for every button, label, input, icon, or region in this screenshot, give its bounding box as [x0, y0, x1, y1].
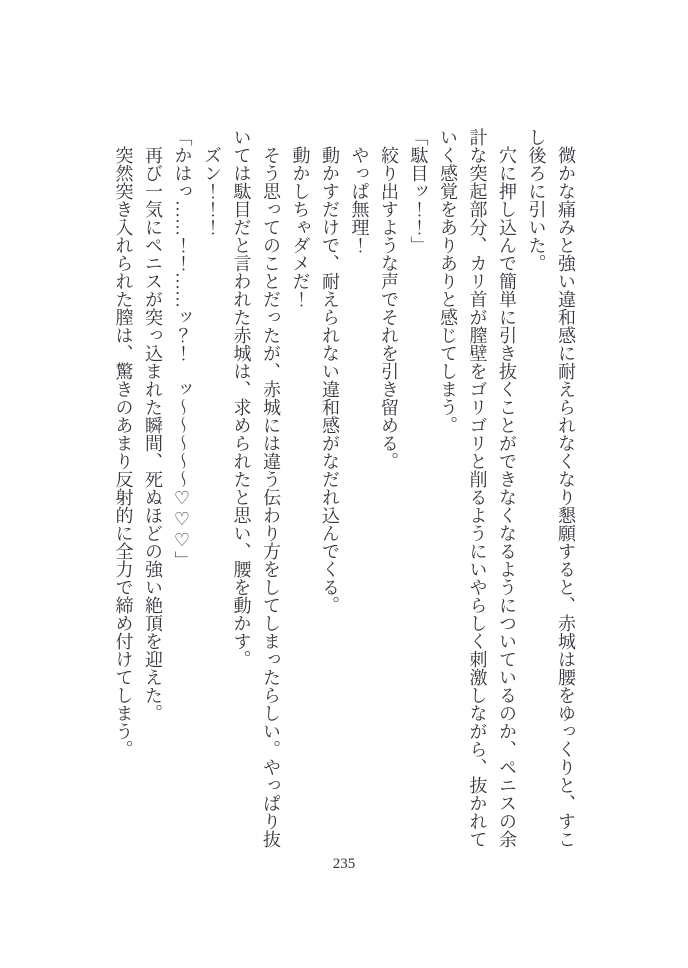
text-line: 絞り出すような声でそれを引き留める。	[374, 128, 404, 858]
text-line: いく感覚をありありと感じてしまう。	[433, 128, 463, 858]
text-line: 動かすだけで、耐えられない違和感がなだれ込んでくる。	[315, 128, 345, 858]
text-line: やっぱ無理！	[344, 128, 374, 858]
text-line: 「かはっ……！！……ッ？！ ッ～～～～～♡♡♡」	[167, 128, 197, 858]
text-line: そう思ってのことだったが、赤城には違う伝わり方をしてしまったらしい。やっぱり抜	[256, 128, 286, 858]
text-line: 微かな痛みと強い違和感に耐えられなくなり懇願すると、赤城は腰をゆっくりと、すこ	[551, 128, 581, 858]
text-line: 計な突起部分、カリ首が膣壁をゴリゴリと削るようにいやらしく刺激しながら、抜かれて	[462, 128, 492, 858]
text-line: 動かしちゃダメだ！	[285, 128, 315, 858]
text-line: 「駄目ッ！！」	[403, 128, 433, 858]
text-line: 再び一気にペニスが突っ込まれた瞬間、死ぬほどの強い絶頂を迎えた。	[138, 128, 168, 858]
text-line: ズン！！！	[197, 128, 227, 858]
page-number: 235	[0, 856, 688, 873]
text-line: 穴に押し込んで簡単に引き抜くことができなくなるようについているのか、ペニスの余	[492, 128, 522, 858]
text-line: いては駄目だと言われた赤城は、求められたと思い、腰を動かす。	[226, 128, 256, 858]
book-page: 微かな痛みと強い違和感に耐えられなくなり懇願すると、赤城は腰をゆっくりと、すこし…	[0, 0, 688, 968]
vertical-text-block: 微かな痛みと強い違和感に耐えられなくなり懇願すると、赤城は腰をゆっくりと、すこし…	[108, 128, 580, 858]
text-line: 突然突き入れられた膣は、驚きのあまり反射的に全力で締め付けてしまう。	[108, 128, 138, 858]
text-line: し後ろに引いた。	[521, 128, 551, 858]
